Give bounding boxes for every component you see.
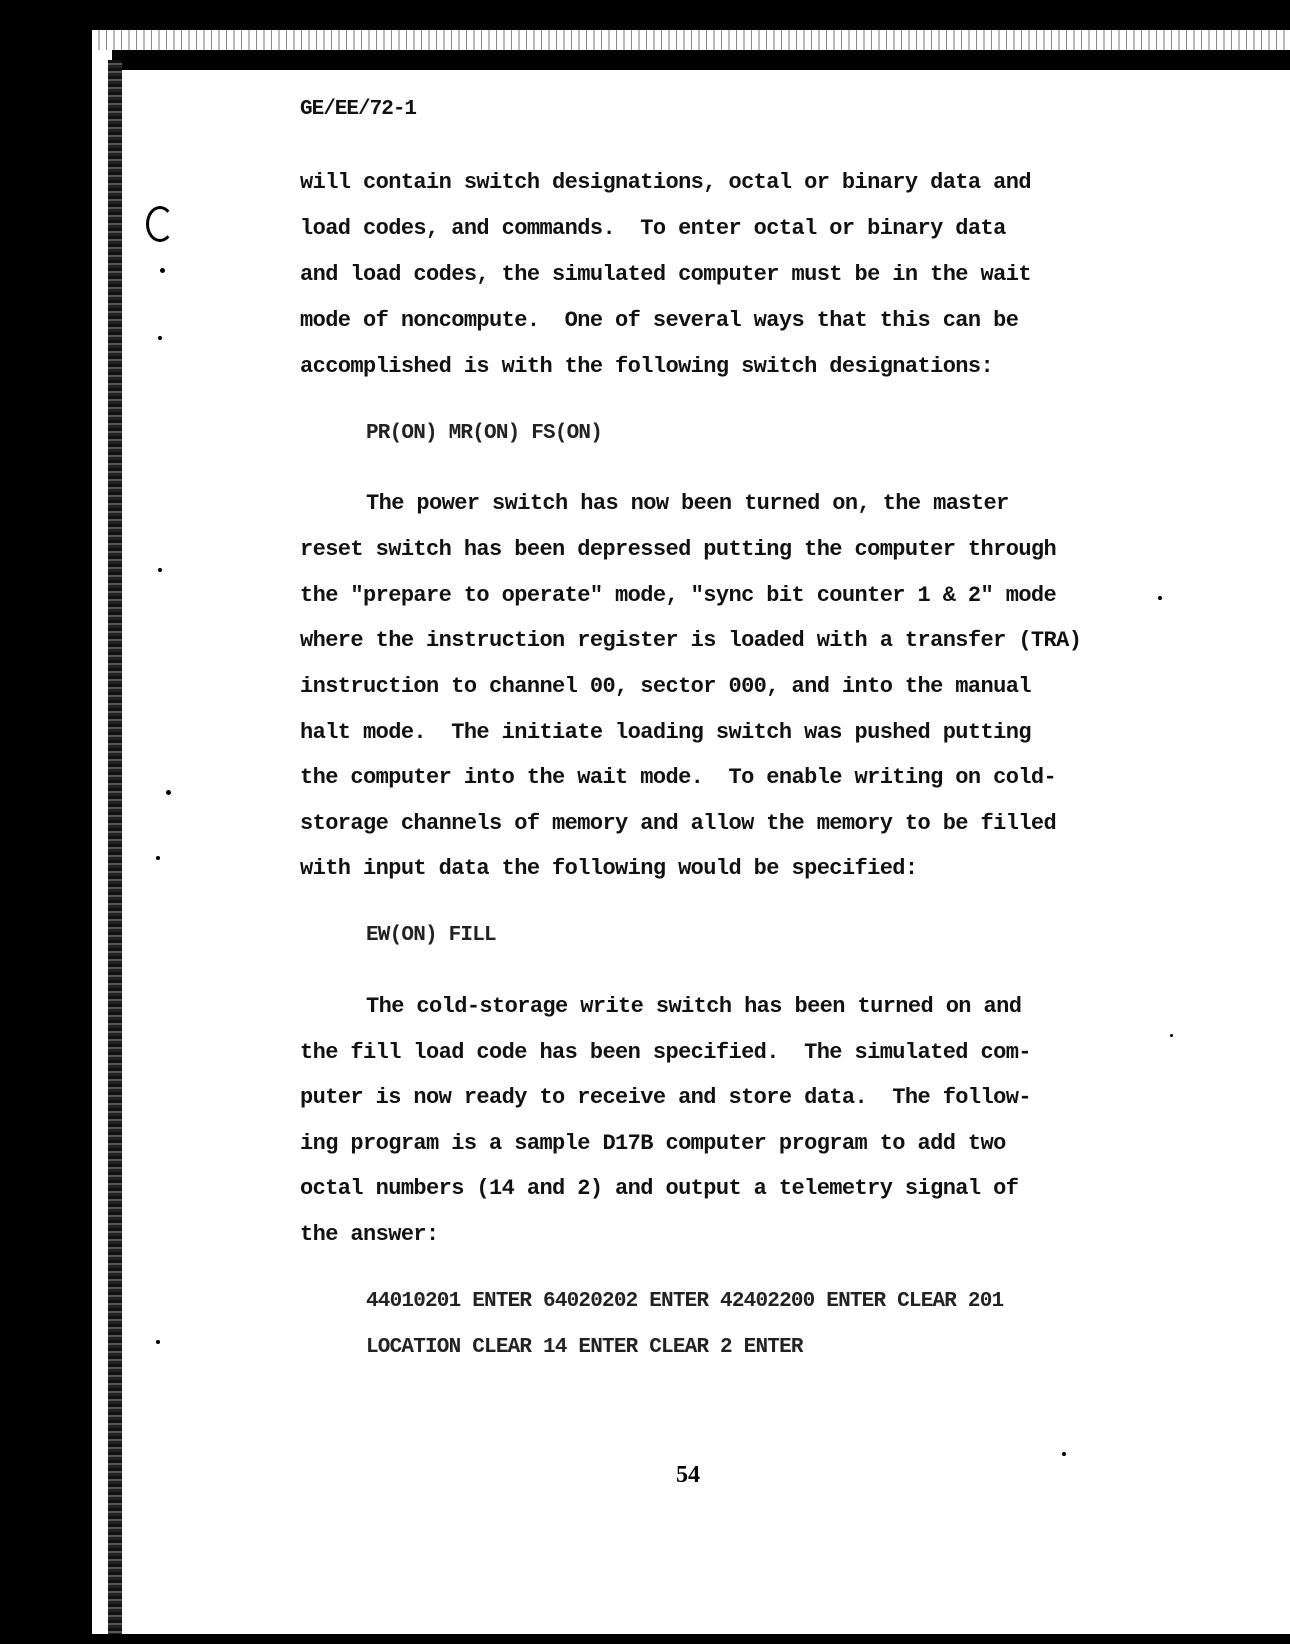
scan-speck [158,336,162,340]
scan-speck [160,268,165,273]
paragraph-2-line: storage channels of memory and allow the… [300,811,1056,836]
paragraph-1-line: will contain switch designations, octal … [300,170,1031,195]
paragraph-2-line: The power switch has now been turned on,… [366,491,1009,516]
paragraph-2-line: with input data the following would be s… [300,856,918,881]
program-listing-line: 44010201 ENTER 64020202 ENTER 42402200 E… [366,1290,1003,1313]
paragraph-1-line: mode of noncompute. One of several ways … [300,308,1018,333]
scan-speck [1158,596,1162,600]
scan-speck [156,1340,160,1344]
paragraph-3-line: octal numbers (14 and 2) and output a te… [300,1176,1018,1201]
paragraph-2-line: instruction to channel 00, sector 000, a… [300,674,1031,699]
paragraph-2-line: where the instruction register is loaded… [300,628,1081,653]
paragraph-1-line: accomplished is with the following switc… [300,354,993,379]
scan-top-speckle [92,30,1290,50]
paragraph-3-line: the answer: [300,1222,439,1247]
paragraph-3-line: puter is now ready to receive and store … [300,1085,1031,1110]
program-listing-line: LOCATION CLEAR 14 ENTER CLEAR 2 ENTER [366,1336,803,1359]
scan-top-bar [122,52,1290,70]
scan-speck [1170,1034,1173,1037]
paragraph-3-line: ing program is a sample D17B computer pr… [300,1131,1006,1156]
switch-designations-2: EW(ON) FILL [366,924,496,947]
scan-speck [166,790,171,795]
page-number: 54 [676,1462,700,1489]
document-id: GE/EE/72-1 [300,98,416,121]
scan-bottom-bar [92,1634,1290,1644]
document-page [122,70,1290,1638]
paragraph-2-line: halt mode. The initiate loading switch w… [300,720,1031,745]
paragraph-1-line: load codes, and commands. To enter octal… [300,216,1006,241]
paragraph-1-line: and load codes, the simulated computer m… [300,262,1031,287]
switch-designations-1: PR(ON) MR(ON) FS(ON) [366,422,602,445]
scan-speck [156,856,160,860]
paragraph-2-line: the computer into the wait mode. To enab… [300,765,1056,790]
scan-speck [158,568,162,572]
scan-speck [1062,1452,1066,1456]
binding-edge [108,60,122,1644]
punch-hole-icon [146,206,174,242]
paragraph-2-line: the "prepare to operate" mode, "sync bit… [300,583,1056,608]
scan-top-shadow [92,0,1290,34]
paragraph-2-line: reset switch has been depressed putting … [300,537,1056,562]
scan-dark-margin [0,0,92,1644]
paragraph-3-line: the fill load code has been specified. T… [300,1040,1031,1065]
paragraph-3-line: The cold-storage write switch has been t… [366,994,1021,1019]
